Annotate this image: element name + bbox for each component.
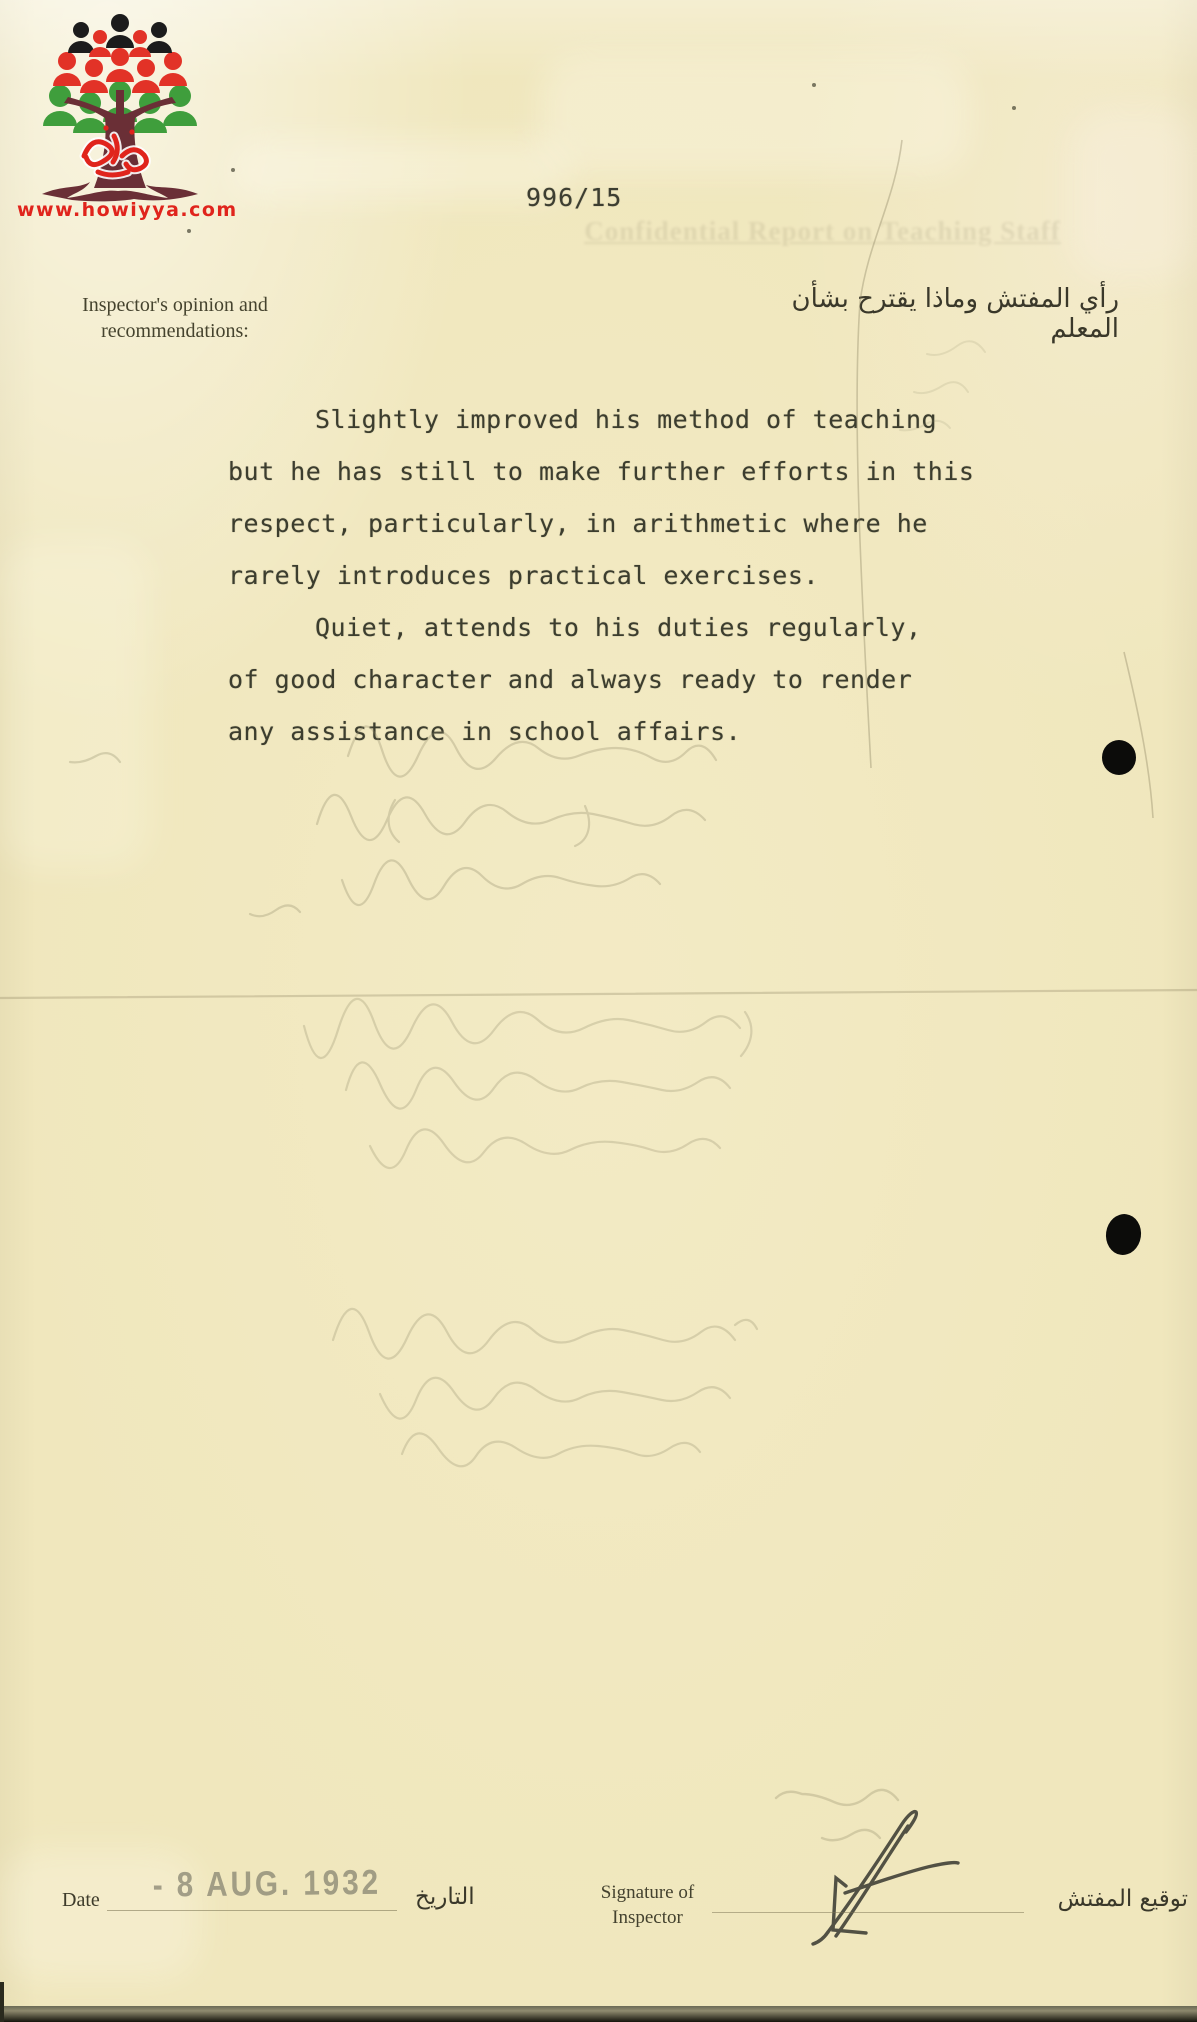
date-label: Date xyxy=(62,1889,100,1912)
signature-label-line2: Inspector xyxy=(580,1905,715,1930)
inspector-opinion-label-en: Inspector's opinion and recommendations: xyxy=(50,292,300,344)
ghost-bleedthrough-title: Confidential Report on Teaching Staff xyxy=(550,216,1095,247)
scan-light-patch xyxy=(0,540,150,870)
howiyya-tree-logo xyxy=(34,4,206,204)
scanned-document-page: www.howiyya.com 996/15 Confidential Repo… xyxy=(0,0,1197,2022)
body-line: any assistance in school affairs. xyxy=(228,706,1018,758)
inspector-opinion-label-line2: recommendations: xyxy=(50,318,300,344)
hole-punch-mark xyxy=(1103,1212,1143,1257)
body-line: Quiet, attends to his duties regularly, xyxy=(228,602,1018,654)
scan-edge-left xyxy=(0,1982,4,2022)
scan-edge-bottom xyxy=(0,2006,1197,2022)
body-line: Slightly improved his method of teaching xyxy=(228,394,1018,446)
logo-site-url: www.howiyya.com xyxy=(17,199,217,221)
hole-punch-mark xyxy=(1102,740,1136,775)
dust-speck xyxy=(1012,106,1016,110)
faded-handwriting xyxy=(304,999,751,1168)
dust-speck xyxy=(231,168,235,172)
date-label-arabic: التاريخ xyxy=(415,1884,475,1910)
faded-handwriting xyxy=(776,1790,898,1840)
dust-speck xyxy=(812,83,816,87)
date-stamp: - 8 AUG. 1932 xyxy=(153,1862,382,1905)
reference-number: 996/15 xyxy=(526,183,622,212)
body-line: rarely introduces practical exercises. xyxy=(228,550,1018,602)
typewritten-body: Slightly improved his method of teaching… xyxy=(228,394,1018,758)
signature-of-inspector-label: Signature of Inspector xyxy=(580,1880,715,1930)
dust-speck xyxy=(187,229,191,233)
scan-light-patch xyxy=(1070,110,1197,280)
inspector-opinion-label-line1: Inspector's opinion and xyxy=(50,292,300,318)
scan-light-patch xyxy=(230,140,570,200)
signature-label-arabic: توقيع المفتش xyxy=(1028,1886,1188,1912)
signature-line xyxy=(712,1874,1024,1913)
body-line: of good character and always ready to re… xyxy=(228,654,1018,706)
signature-label-line1: Signature of xyxy=(580,1880,715,1905)
body-line: respect, particularly, in arithmetic whe… xyxy=(228,498,1018,550)
inspector-opinion-label-ar: رأي المفتش وماذا يقترح بشأن المعلم xyxy=(739,284,1119,344)
scan-light-patch xyxy=(540,55,970,175)
body-line: but he has still to make further efforts… xyxy=(228,446,1018,498)
faded-handwriting xyxy=(333,1309,757,1466)
